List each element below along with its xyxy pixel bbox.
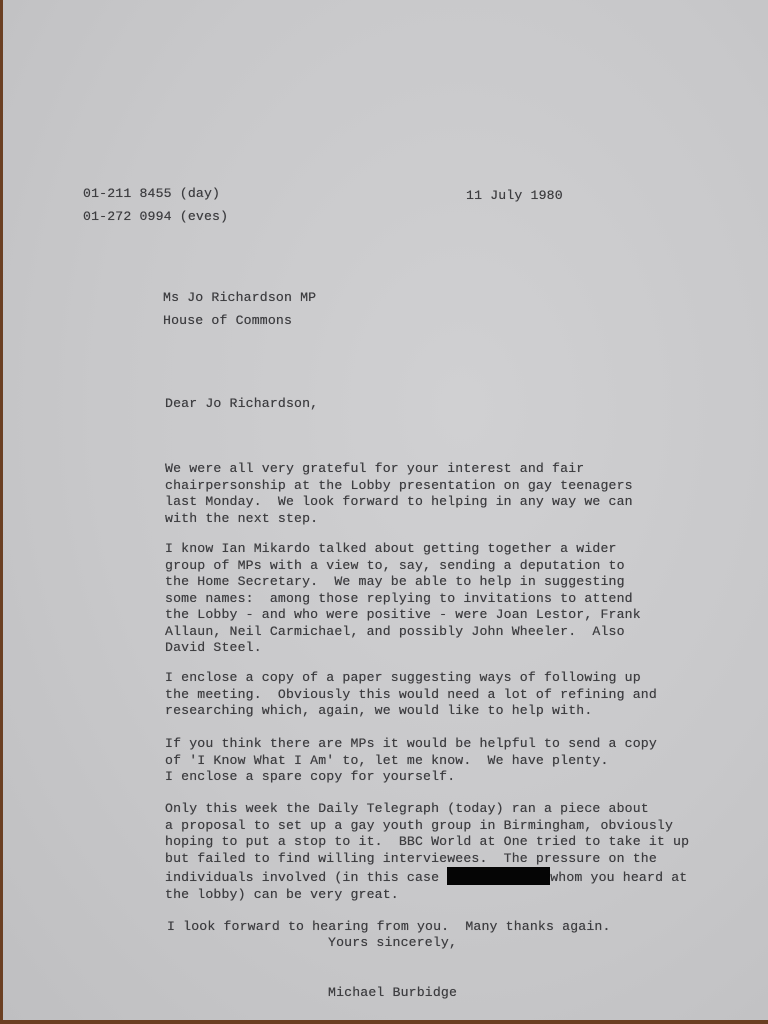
phone-evenings: 01-272 0994 (eves) — [83, 209, 228, 226]
line: individuals involved (in this case whom … — [165, 867, 689, 887]
paragraph-6: I look forward to hearing from you. Many… — [167, 886, 611, 969]
line-end: whom you heard at — [550, 870, 687, 885]
line: some names: among those replying to invi… — [165, 591, 641, 608]
redaction-block — [447, 867, 550, 885]
phone-day: 01-211 8455 (day) — [83, 186, 220, 203]
letter-page: 01-211 8455 (day) 01-272 0994 (eves) 11 … — [3, 0, 768, 1020]
recipient-name: Ms Jo Richardson MP — [163, 290, 316, 307]
line-start: individuals involved (in this case — [165, 870, 447, 885]
line: the meeting. Obviously this would need a… — [165, 687, 657, 704]
line: a proposal to set up a gay youth group i… — [165, 818, 689, 835]
signature: Michael Burbidge — [328, 985, 457, 1002]
line: If you think there are MPs it would be h… — [165, 736, 657, 753]
line: of 'I Know What I Am' to, let me know. W… — [165, 753, 657, 770]
recipient-address: House of Commons — [163, 313, 292, 330]
line: I enclose a copy of a paper suggesting w… — [165, 670, 657, 687]
letter-date: 11 July 1980 — [466, 188, 563, 205]
line: We were all very grateful for your inter… — [165, 461, 633, 478]
salutation: Dear Jo Richardson, — [165, 396, 318, 413]
line: the Lobby - and who were positive - were… — [165, 607, 641, 624]
line: but failed to find willing interviewees.… — [165, 851, 689, 868]
closing: Yours sincerely, — [328, 935, 457, 952]
line: I look forward to hearing from you. Many… — [167, 919, 611, 936]
line: the Home Secretary. We may be able to he… — [165, 574, 641, 591]
line: hoping to put a stop to it. BBC World at… — [165, 834, 689, 851]
line: I know Ian Mikardo talked about getting … — [165, 541, 641, 558]
line: chairpersonship at the Lobby presentatio… — [165, 478, 633, 495]
line: Only this week the Daily Telegraph (toda… — [165, 801, 689, 818]
line: group of MPs with a view to, say, sendin… — [165, 558, 641, 575]
